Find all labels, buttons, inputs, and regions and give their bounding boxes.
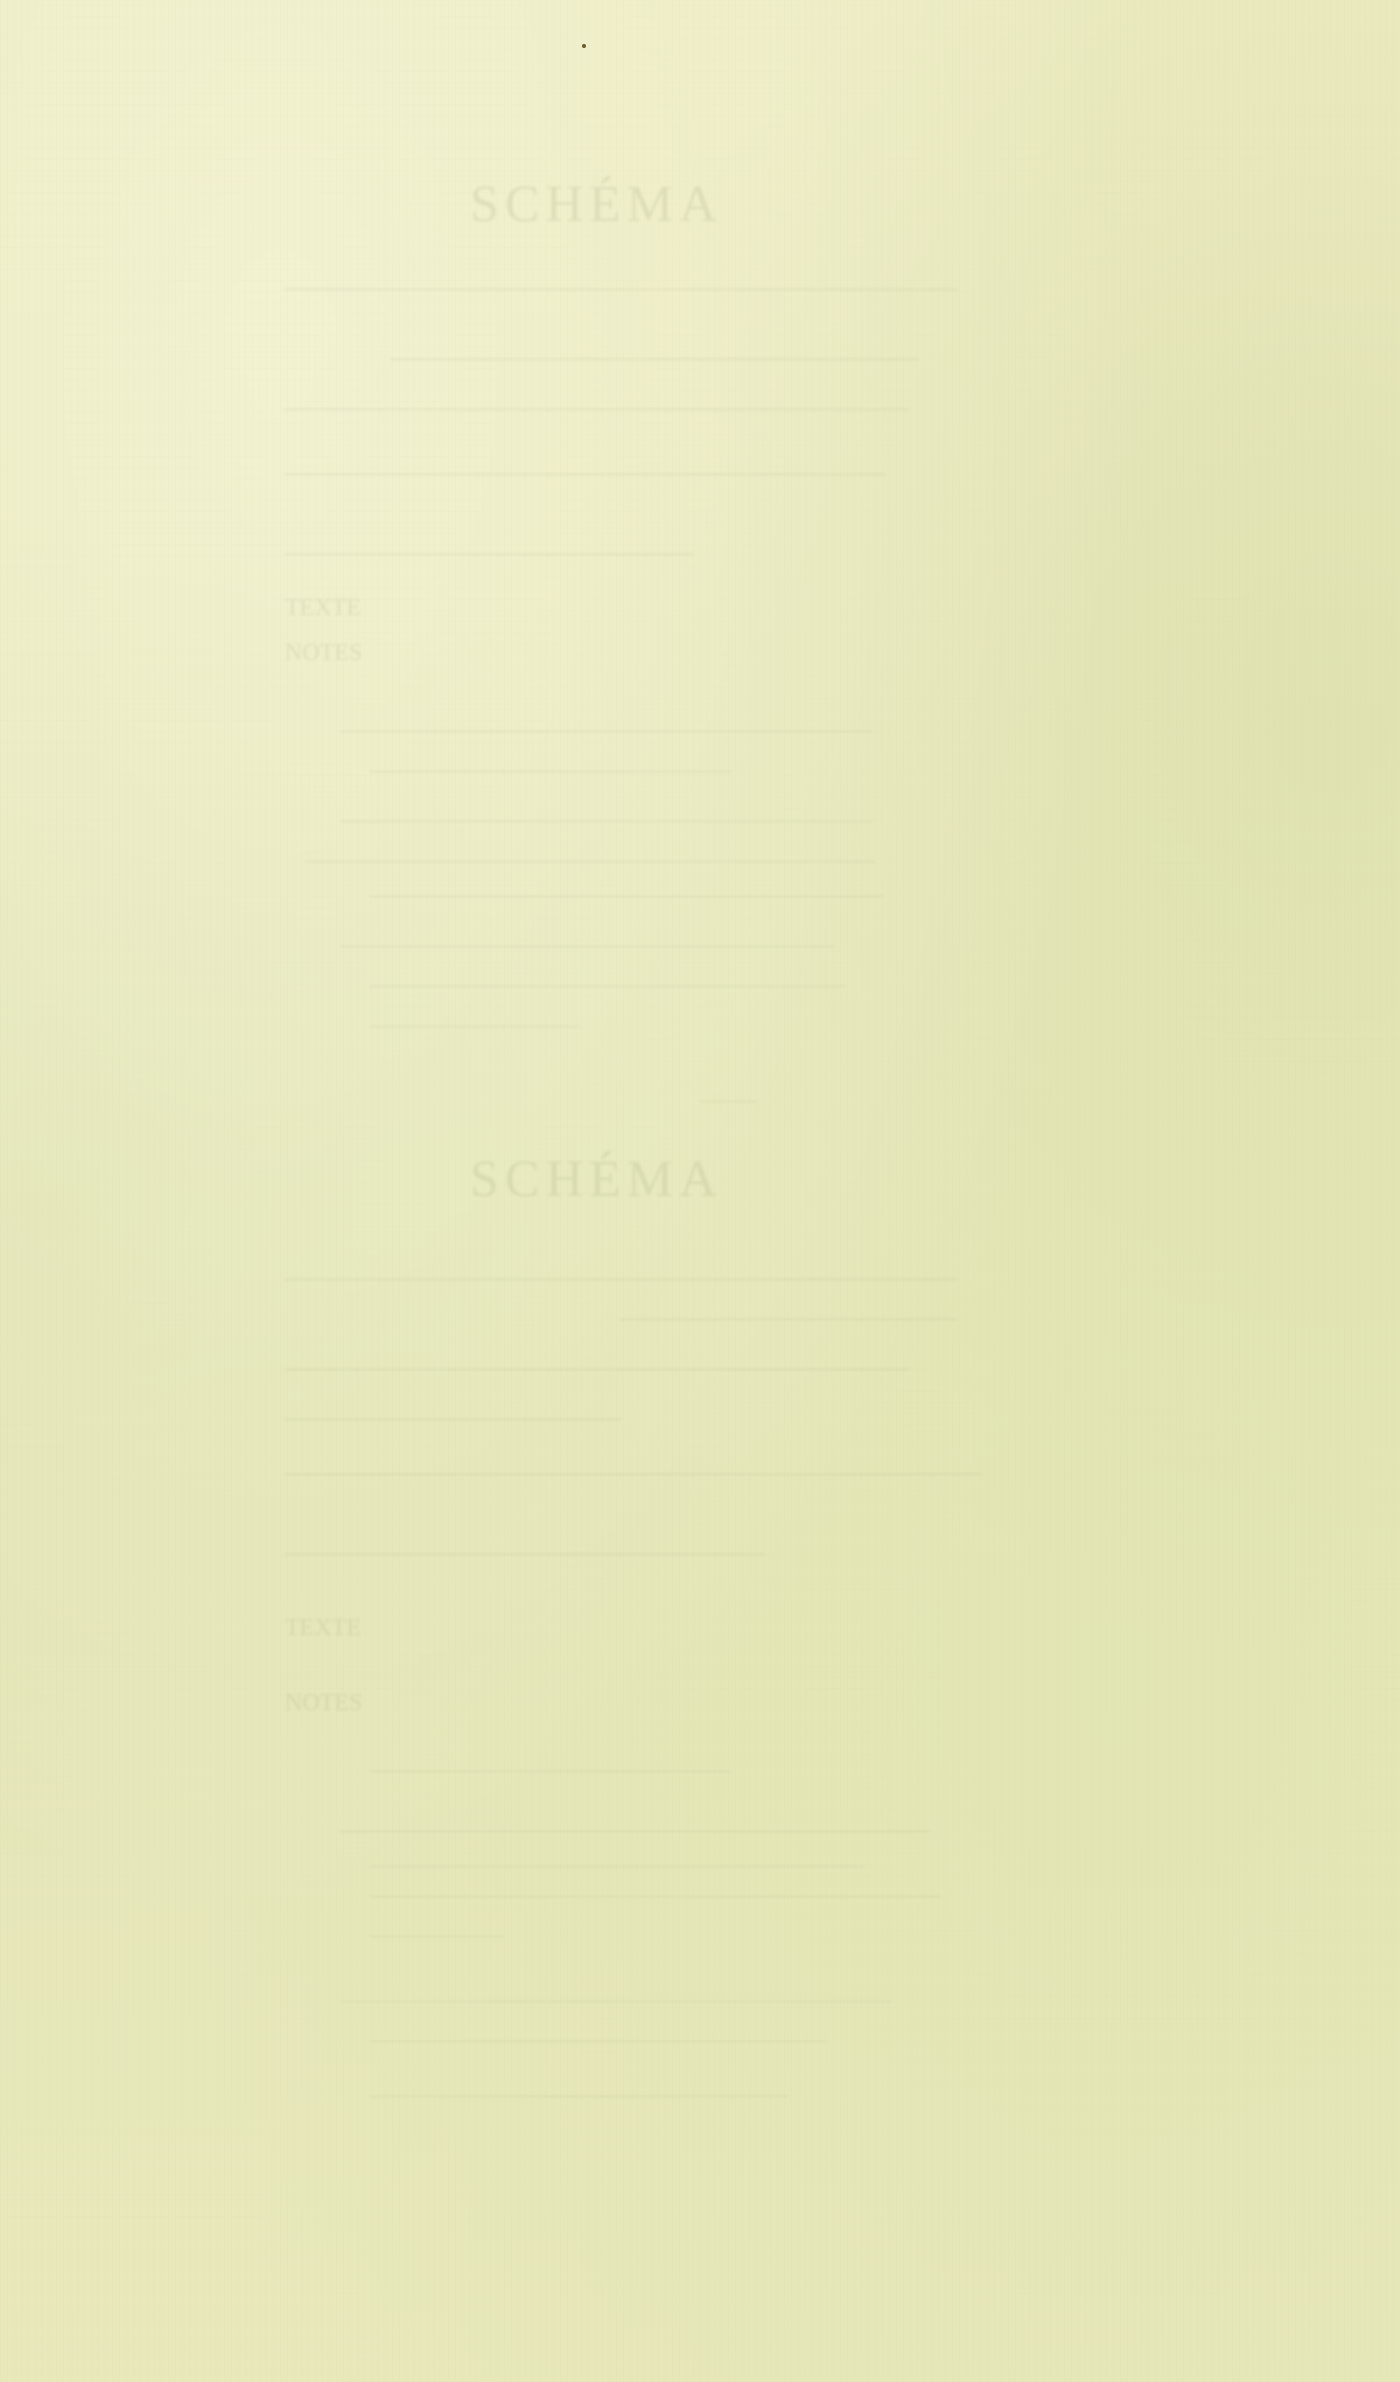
ghost-line: —————————————— [285, 1405, 621, 1432]
ghost-line: —————————————————————— [390, 345, 918, 372]
ghost-line: ——————— [370, 1925, 503, 1947]
ghost-line: —————————————————————————— [340, 935, 834, 957]
ghost-line: ——————————— [370, 1015, 579, 1037]
ghost-line: ———————————————————————————— [285, 275, 957, 302]
ghost-line: ——— [700, 1090, 757, 1112]
ghost-line: ————————————————————————— [370, 975, 845, 997]
ghost-line: ———————————————————————————— [340, 720, 872, 742]
ghost-line: —————————————————————————— [370, 1855, 864, 1877]
ghost-line: ———————————————————————— [370, 2030, 826, 2052]
blank-book-page: SCHÉMA——————————————————————————————————… [0, 0, 1400, 2382]
ghost-line: —————————————————————————————— [305, 850, 875, 872]
ghost-line: NOTES [285, 640, 362, 667]
ghost-line: NOTES [285, 1690, 362, 1717]
ghost-line: ———————————————————— [285, 1540, 765, 1567]
ghost-line: ———————————————————————————— [285, 1265, 957, 1292]
show-through-text: SCHÉMA——————————————————————————————————… [0, 0, 1400, 2382]
ghost-line: TEXTE [285, 595, 361, 622]
ghost-line: ————————————————————————— [285, 460, 885, 487]
ghost-line: —————————————————————————— [285, 1355, 909, 1382]
ghost-line: ——————————————————— [370, 760, 731, 782]
ghost-line: SCHÉMA [470, 1150, 723, 1209]
ghost-line: —————————————————————————— [285, 395, 909, 422]
ghost-line: —————————————— [620, 1305, 956, 1332]
ink-speck [582, 44, 586, 48]
paper-texture [0, 0, 1400, 2382]
ghost-line: TEXTE [285, 1615, 361, 1642]
ghost-line: ————————————————————————————— [285, 1460, 981, 1487]
ghost-line: ——————————————————————————— [370, 885, 883, 907]
ghost-line: ——————————————————— [370, 1760, 731, 1782]
ghost-line: ————————————————— [285, 540, 693, 567]
ghost-line: ————————————————————————————— [340, 1990, 891, 2012]
ghost-line: —————————————————————————————— [370, 1885, 940, 1907]
ghost-line: SCHÉMA [470, 175, 723, 234]
ghost-line: ——————————————————————————————— [340, 1820, 929, 1842]
ghost-line: —————————————————————— [370, 2085, 788, 2107]
ghost-line: ———————————————————————————— [340, 810, 872, 832]
